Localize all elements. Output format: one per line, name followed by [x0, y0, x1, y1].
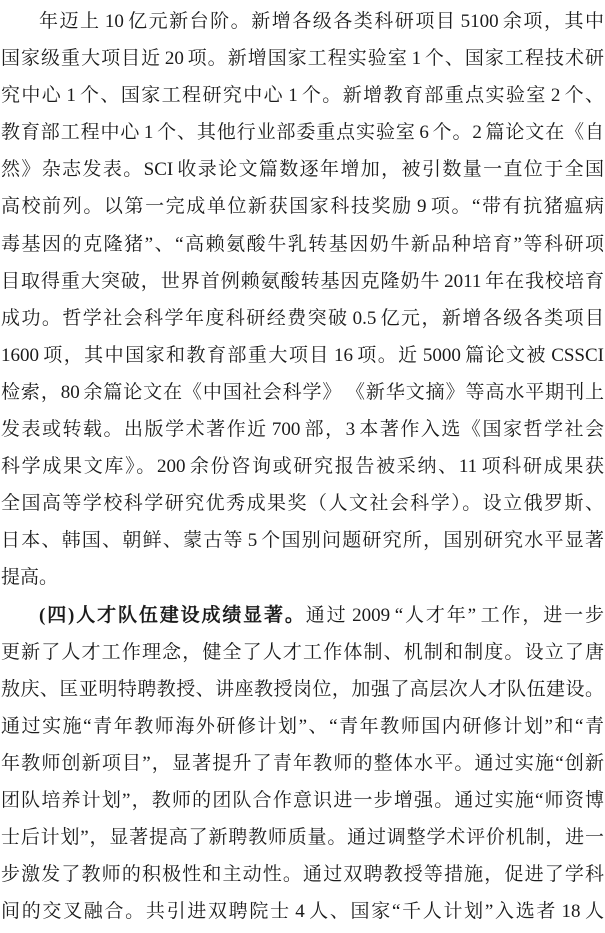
document-page: 年迈上 10 亿元新台阶。新增各级各类科研项目 5100 余项，其中国家级重大项…	[0, 0, 605, 933]
line-text: 更新了人才工作理念，健全了人才工作体制、机制和制度。设立了唐	[1, 642, 604, 663]
line-text: 间的交叉融合。共引进双聘院士 4 人、国家“千人计划”入选者 18 人	[1, 901, 604, 922]
text-line: 发表或转载。出版学术著作近 700 部，3 本著作入选《国家哲学社会	[1, 411, 604, 448]
text-line: 国家级重大项目近 20 项。新增国家工程实验室 1 个、国家工程技术研	[1, 40, 604, 77]
line-text: 科学成果文库》。200 余份咨询或研究报告被采纳、11 项科研成果获	[1, 456, 604, 477]
text-line: 日本、韩国、朝鲜、蒙古等 5 个国别问题研究所，国别研究水平显著	[1, 522, 604, 559]
text-line: 毒基因的克隆猪”、“高赖氨酸牛乳转基因奶牛新品种培育”等科研项	[1, 226, 604, 263]
line-text: 然》杂志发表。SCI 收录论文篇数逐年增加，被引数量一直位于全国	[1, 159, 604, 180]
line-text: 成功。哲学社会科学年度科研经费突破 0.5 亿元，新增各级各类项目	[1, 308, 604, 329]
line-text: 提高。	[1, 567, 58, 588]
line-text: 团队培养计划”，教师的团队合作意识进一步增强。通过实施“师资博	[1, 790, 604, 811]
section-heading-bold: (四)人才队伍建设成绩显著。	[39, 605, 306, 626]
text-line: 教育部工程中心 1 个、其他行业部委重点实验室 6 个。2 篇论文在《自	[1, 114, 604, 151]
text-line: 敖庆、匡亚明特聘教授、讲座教授岗位，加强了高层次人才队伍建设。	[1, 671, 604, 708]
text-line: 步激发了教师的积极性和主动性。通过双聘教授等措施，促进了学科	[1, 856, 604, 893]
text-line: 高校前列。以第一完成单位新获国家科技奖励 9 项。“带有抗猪瘟病	[1, 188, 604, 225]
line-text: 1600 项，其中国家和教育部重大项目 16 项。近 5000 篇论文被 CSS…	[1, 345, 604, 366]
line-text: 通过 2009 “人才年” 工作，进一步	[306, 605, 604, 626]
line-text: 步激发了教师的积极性和主动性。通过双聘教授等措施，促进了学科	[1, 864, 604, 885]
line-text: 教育部工程中心 1 个、其他行业部委重点实验室 6 个。2 篇论文在《自	[1, 122, 604, 143]
line-text: 日本、韩国、朝鲜、蒙古等 5 个国别问题研究所，国别研究水平显著	[1, 530, 604, 551]
line-text: 敖庆、匡亚明特聘教授、讲座教授岗位，加强了高层次人才队伍建设。	[1, 679, 604, 700]
text-line: 间的交叉融合。共引进双聘院士 4 人、国家“千人计划”入选者 18 人	[1, 893, 604, 930]
line-text: 全国高等学校科学研究优秀成果奖（人文社会科学）。设立俄罗斯、	[1, 493, 604, 514]
text-line: 科学成果文库》。200 余份咨询或研究报告被采纳、11 项科研成果获	[1, 448, 604, 485]
line-text: 究中心 1 个、国家工程研究中心 1 个。新增教育部重点实验室 2 个、	[1, 85, 604, 106]
text-line: 成功。哲学社会科学年度科研经费突破 0.5 亿元，新增各级各类项目	[1, 300, 604, 337]
text-line: 士后计划”，显著提高了新聘教师质量。通过调整学术评价机制，进一	[1, 819, 604, 856]
text-line: 然》杂志发表。SCI 收录论文篇数逐年增加，被引数量一直位于全国	[1, 151, 604, 188]
line-text: 发表或转载。出版学术著作近 700 部，3 本著作入选《国家哲学社会	[1, 419, 604, 440]
line-text: 通过实施“青年教师海外研修计划”、“青年教师国内研修计划”和“青	[1, 716, 604, 737]
text-line: 通过实施“青年教师海外研修计划”、“青年教师国内研修计划”和“青	[1, 708, 604, 745]
text-line: 目取得重大突破，世界首例赖氨酸转基因克隆奶牛 2011 年在我校培育	[1, 263, 604, 300]
text-line: 年教师创新项目”，显著提升了青年教师的整体水平。通过实施“创新	[1, 745, 604, 782]
text-line: 全国高等学校科学研究优秀成果奖（人文社会科学）。设立俄罗斯、	[1, 485, 604, 522]
text-line: 检索，80 余篇论文在《中国社会科学》 《新华文摘》等高水平期刊上	[1, 374, 604, 411]
line-text: 毒基因的克隆猪”、“高赖氨酸牛乳转基因奶牛新品种培育”等科研项	[1, 234, 604, 255]
line-text: 年迈上 10 亿元新台阶。新增各级各类科研项目 5100 余项，其中	[39, 11, 604, 32]
line-text: 检索，80 余篇论文在《中国社会科学》 《新华文摘》等高水平期刊上	[1, 382, 604, 403]
text-line: 团队培养计划”，教师的团队合作意识进一步增强。通过实施“师资博	[1, 782, 604, 819]
document-text: 年迈上 10 亿元新台阶。新增各级各类科研项目 5100 余项，其中国家级重大项…	[1, 3, 604, 930]
line-text: 国家级重大项目近 20 项。新增国家工程实验室 1 个、国家工程技术研	[1, 48, 604, 69]
line-text: 士后计划”，显著提高了新聘教师质量。通过调整学术评价机制，进一	[1, 827, 604, 848]
text-line: 年迈上 10 亿元新台阶。新增各级各类科研项目 5100 余项，其中	[1, 3, 604, 40]
line-text: 高校前列。以第一完成单位新获国家科技奖励 9 项。“带有抗猪瘟病	[1, 196, 604, 217]
text-line: 1600 项，其中国家和教育部重大项目 16 项。近 5000 篇论文被 CSS…	[1, 337, 604, 374]
text-line: (四)人才队伍建设成绩显著。通过 2009 “人才年” 工作，进一步	[1, 597, 604, 634]
text-line: 究中心 1 个、国家工程研究中心 1 个。新增教育部重点实验室 2 个、	[1, 77, 604, 114]
text-line: 提高。	[1, 559, 604, 596]
line-text: 年教师创新项目”，显著提升了青年教师的整体水平。通过实施“创新	[1, 753, 604, 774]
text-line: 更新了人才工作理念，健全了人才工作体制、机制和制度。设立了唐	[1, 634, 604, 671]
line-text: 目取得重大突破，世界首例赖氨酸转基因克隆奶牛 2011 年在我校培育	[1, 271, 604, 292]
